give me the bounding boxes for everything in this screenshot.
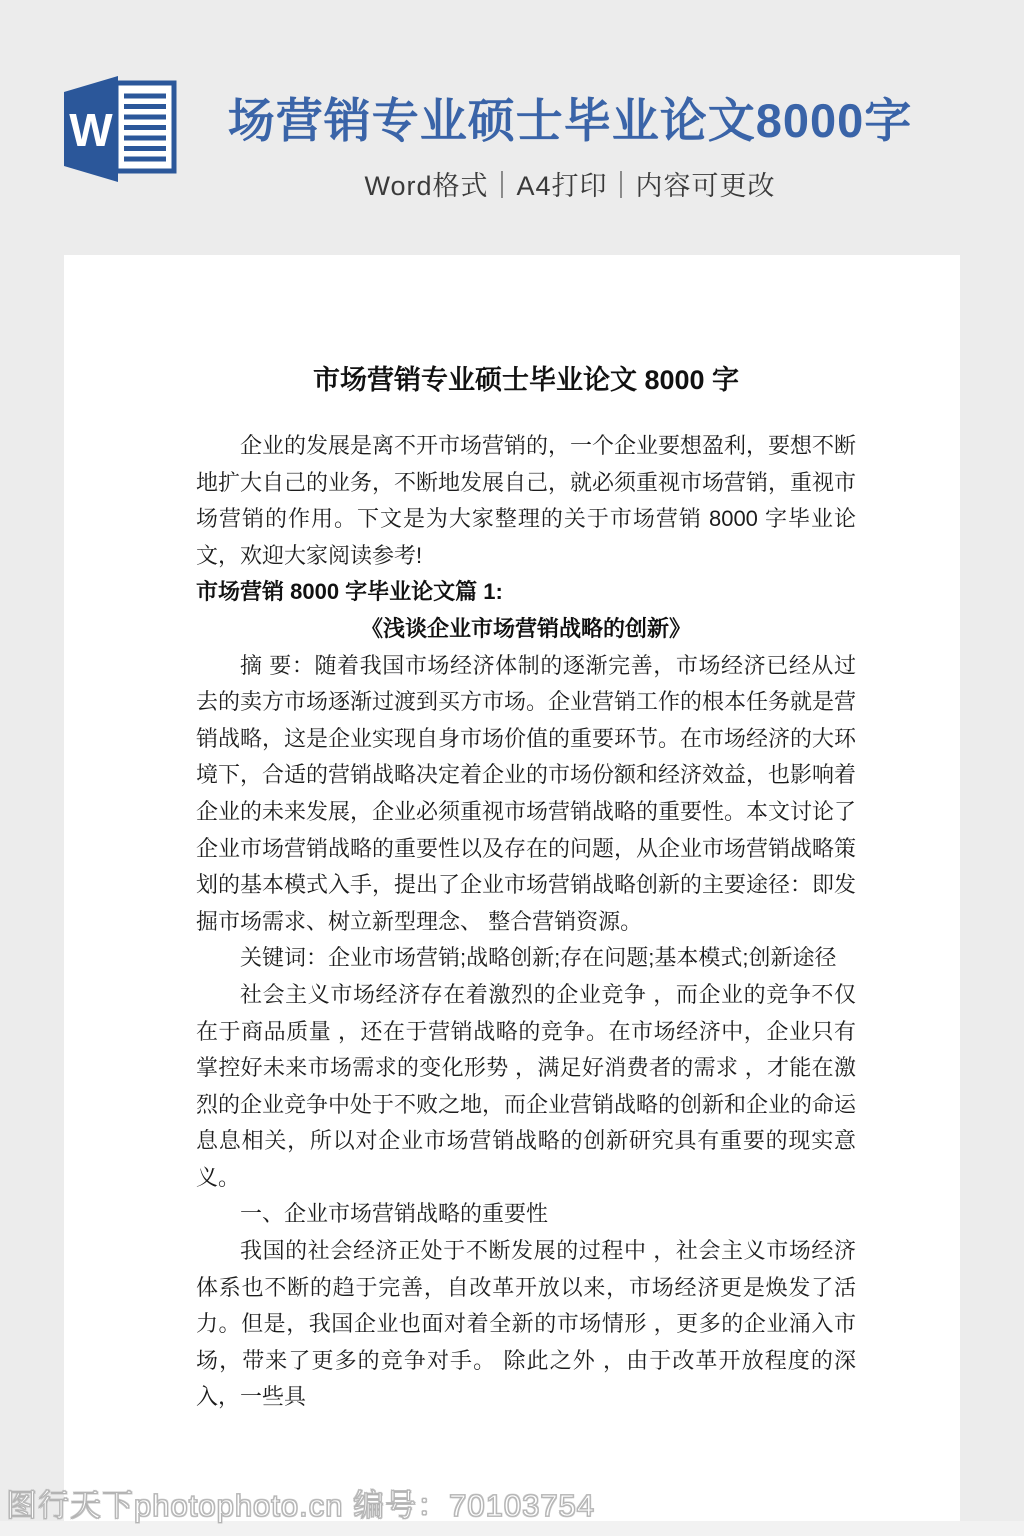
- doc-part-title: 《浅谈企业市场营销战略的创新》: [196, 611, 856, 648]
- header-text: 场营销专业硕士毕业论文8000字 Word格式｜A4打印｜内容可更改: [200, 84, 940, 203]
- page-title: 场营销专业硕士毕业论文8000字: [200, 84, 940, 151]
- doc-section-heading: 一、企业市场营销战略的重要性: [196, 1196, 856, 1233]
- word-icon-graphic: W: [54, 70, 182, 190]
- doc-abstract-paragraph: 摘 要：随着我国市场经济体制的逐渐完善，市场经济已经从过去的卖方市场逐渐过渡到买…: [196, 648, 856, 941]
- word-icon-letter: W: [69, 104, 113, 156]
- header: W 场营销专业硕士毕业论文8000字 Word格式｜A4打印｜内容可更改: [0, 0, 1024, 255]
- watermark-text: 图行天下photophoto.cn 编号：70103754: [6, 1480, 595, 1525]
- doc-body-paragraph: 社会主义市场经济存在着激烈的企业竞争 ，而企业的竞争不仅在于商品质量 ，还在于营…: [196, 977, 856, 1197]
- doc-intro-paragraph: 企业的发展是离不开市场营销的，一个企业要想盈利，要想不断地扩大自己的业务，不断地…: [196, 428, 856, 574]
- page-subtitle: Word格式｜A4打印｜内容可更改: [200, 164, 940, 203]
- doc-part-heading: 市场营销 8000 字毕业论文篇 1:: [196, 574, 856, 611]
- word-document-icon: W: [54, 70, 182, 190]
- doc-title: 市场营销专业硕士毕业论文 8000 字: [196, 358, 856, 397]
- doc-body-paragraph: 我国的社会经济正处于不断发展的过程中 ，社会主义市场经济体系也不断的趋于完善，自…: [196, 1233, 856, 1416]
- doc-keywords-line: 关键词：企业市场营销;战略创新;存在问题;基本模式;创新途径: [196, 940, 856, 977]
- document-page: 市场营销专业硕士毕业论文 8000 字 企业的发展是离不开市场营销的，一个企业要…: [64, 255, 960, 1521]
